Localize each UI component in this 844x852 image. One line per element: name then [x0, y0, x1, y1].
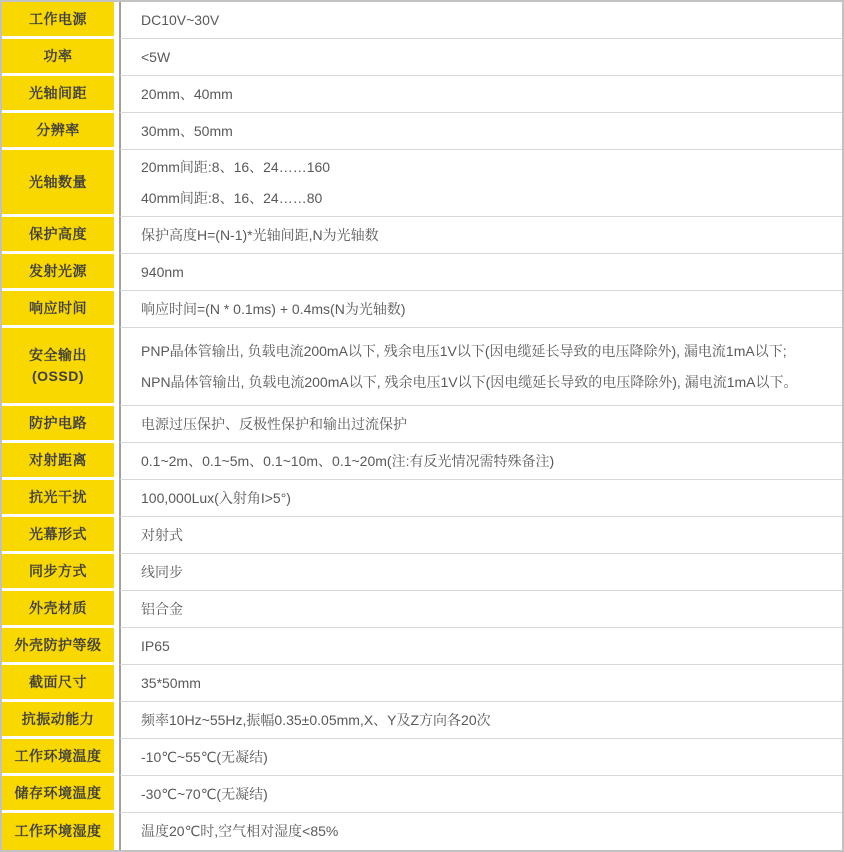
label-cell: 外壳防护等级 [2, 628, 114, 665]
table-row: 防护电路 电源过压保护、反极性保护和输出过流保护 [2, 406, 842, 443]
spec-value: 温度20℃时,空气相对湿度<85% [119, 813, 842, 850]
table-row: 安全输出(OSSD) PNP晶体管输出, 负载电流200mA以下, 残余电压1V… [2, 328, 842, 406]
spec-value: 20mm、40mm [119, 76, 842, 113]
spec-label-line: 安全输出 [29, 345, 87, 365]
table-row: 外壳防护等级 IP65 [2, 628, 842, 665]
spec-value-line: 对射式 [141, 525, 828, 546]
spec-label: 分辨率 [2, 113, 114, 147]
spec-label-line: 外壳材质 [29, 598, 87, 618]
spec-value: 铝合金 [119, 591, 842, 628]
label-cell: 储存环境温度 [2, 776, 114, 813]
table-row: 储存环境温度 -30℃~70℃(无凝结) [2, 776, 842, 813]
spec-value: 保护高度H=(N-1)*光轴间距,N为光轴数 [119, 217, 842, 254]
spec-label-line: 光幕形式 [29, 524, 87, 544]
label-cell: 发射光源 [2, 254, 114, 291]
spec-label-line: 保护高度 [29, 224, 87, 244]
table-row: 光幕形式 对射式 [2, 517, 842, 554]
spec-value-line: 940nm [141, 262, 828, 283]
label-cell: 工作环境湿度 [2, 813, 114, 850]
spec-label: 储存环境温度 [2, 776, 114, 810]
label-cell: 同步方式 [2, 554, 114, 591]
table-row: 截面尺寸 35*50mm [2, 665, 842, 702]
label-cell: 功率 [2, 39, 114, 76]
spec-value-line: 20mm、40mm [141, 84, 828, 105]
spec-value-line: -30℃~70℃(无凝结) [141, 784, 828, 805]
table-row: 响应时间 响应时间=(N * 0.1ms) + 0.4ms(N为光轴数) [2, 291, 842, 328]
spec-label-line: 对射距离 [29, 450, 87, 470]
spec-value-line: 35*50mm [141, 673, 828, 694]
spec-label-line: 响应时间 [29, 298, 87, 318]
spec-label: 工作环境温度 [2, 739, 114, 773]
spec-value: 35*50mm [119, 665, 842, 702]
spec-value-line: 40mm间距:8、16、24……80 [141, 183, 828, 214]
spec-value: DC10V~30V [119, 2, 842, 39]
table-row: 光轴间距 20mm、40mm [2, 76, 842, 113]
spec-value: 响应时间=(N * 0.1ms) + 0.4ms(N为光轴数) [119, 291, 842, 328]
spec-value-line: PNP晶体管输出, 负载电流200mA以下, 残余电压1V以下(因电缆延长导致的… [141, 336, 828, 367]
spec-label: 光轴间距 [2, 76, 114, 110]
spec-value-line: 线同步 [141, 562, 828, 583]
label-cell: 光幕形式 [2, 517, 114, 554]
label-cell: 抗振动能力 [2, 702, 114, 739]
spec-label: 防护电路 [2, 406, 114, 440]
spec-value: 0.1~2m、0.1~5m、0.1~10m、0.1~20m(注:有反光情况需特殊… [119, 443, 842, 480]
spec-value: IP65 [119, 628, 842, 665]
spec-label: 抗振动能力 [2, 702, 114, 736]
spec-value: 线同步 [119, 554, 842, 591]
spec-label-line: 工作环境湿度 [15, 821, 102, 841]
spec-label: 功率 [2, 39, 114, 73]
table-row: 工作电源 DC10V~30V [2, 2, 842, 39]
table-row: 光轴数量 20mm间距:8、16、24……16040mm间距:8、16、24……… [2, 150, 842, 217]
label-cell: 光轴数量 [2, 150, 114, 217]
table-row: 工作环境湿度 温度20℃时,空气相对湿度<85% [2, 813, 842, 850]
spec-label-line: 分辨率 [36, 120, 80, 140]
spec-value: -30℃~70℃(无凝结) [119, 776, 842, 813]
spec-value-line: 0.1~2m、0.1~5m、0.1~10m、0.1~20m(注:有反光情况需特殊… [141, 451, 828, 472]
table-row: 发射光源 940nm [2, 254, 842, 291]
table-row: 外壳材质 铝合金 [2, 591, 842, 628]
table-row: 保护高度 保护高度H=(N-1)*光轴间距,N为光轴数 [2, 217, 842, 254]
spec-value-line: <5W [141, 47, 828, 68]
spec-label-line: 光轴间距 [29, 83, 87, 103]
label-cell: 响应时间 [2, 291, 114, 328]
spec-label: 外壳防护等级 [2, 628, 114, 662]
label-cell: 工作电源 [2, 2, 114, 39]
spec-value-line: 电源过压保护、反极性保护和输出过流保护 [141, 414, 828, 435]
spec-value: 940nm [119, 254, 842, 291]
spec-label: 发射光源 [2, 254, 114, 288]
label-cell: 保护高度 [2, 217, 114, 254]
label-cell: 工作环境温度 [2, 739, 114, 776]
spec-label-line: 抗光干扰 [29, 487, 87, 507]
spec-value-line: 响应时间=(N * 0.1ms) + 0.4ms(N为光轴数) [141, 299, 828, 320]
spec-label-line: 工作电源 [29, 9, 87, 29]
spec-label: 工作环境湿度 [2, 813, 114, 850]
table-row: 对射距离 0.1~2m、0.1~5m、0.1~10m、0.1~20m(注:有反光… [2, 443, 842, 480]
spec-value: <5W [119, 39, 842, 76]
spec-label-line: 防护电路 [29, 413, 87, 433]
spec-label: 同步方式 [2, 554, 114, 588]
spec-label: 保护高度 [2, 217, 114, 251]
spec-label-line: 光轴数量 [29, 172, 87, 192]
spec-value-line: 30mm、50mm [141, 121, 828, 142]
spec-label: 抗光干扰 [2, 480, 114, 514]
spec-value-line: 保护高度H=(N-1)*光轴间距,N为光轴数 [141, 225, 828, 246]
table-row: 抗振动能力 频率10Hz~55Hz,振幅0.35±0.05mm,X、Y及Z方向各… [2, 702, 842, 739]
spec-value-line: 频率10Hz~55Hz,振幅0.35±0.05mm,X、Y及Z方向各20次 [141, 710, 828, 731]
table-row: 抗光干扰 100,000Lux(入射角I>5°) [2, 480, 842, 517]
spec-label: 安全输出(OSSD) [2, 328, 114, 403]
label-cell: 光轴间距 [2, 76, 114, 113]
spec-label-line: (OSSD) [32, 366, 84, 386]
spec-value: 电源过压保护、反极性保护和输出过流保护 [119, 406, 842, 443]
spec-value-line: DC10V~30V [141, 10, 828, 31]
spec-label-line: 发射光源 [29, 261, 87, 281]
spec-value: -10℃~55℃(无凝结) [119, 739, 842, 776]
spec-value: 100,000Lux(入射角I>5°) [119, 480, 842, 517]
label-cell: 对射距离 [2, 443, 114, 480]
spec-label: 对射距离 [2, 443, 114, 477]
spec-value: 对射式 [119, 517, 842, 554]
spec-value: 30mm、50mm [119, 113, 842, 150]
spec-label: 截面尺寸 [2, 665, 114, 699]
spec-value-line: 100,000Lux(入射角I>5°) [141, 488, 828, 509]
spec-label: 工作电源 [2, 2, 114, 36]
spec-value: 频率10Hz~55Hz,振幅0.35±0.05mm,X、Y及Z方向各20次 [119, 702, 842, 739]
spec-label-line: 同步方式 [29, 561, 87, 581]
spec-value: PNP晶体管输出, 负载电流200mA以下, 残余电压1V以下(因电缆延长导致的… [119, 328, 842, 406]
spec-label: 光幕形式 [2, 517, 114, 551]
spec-label-line: 功率 [44, 46, 73, 66]
label-cell: 截面尺寸 [2, 665, 114, 702]
spec-label: 响应时间 [2, 291, 114, 325]
label-cell: 防护电路 [2, 406, 114, 443]
spec-label-line: 储存环境温度 [15, 783, 102, 803]
spec-label-line: 截面尺寸 [29, 672, 87, 692]
spec-table: 工作电源 DC10V~30V 功率 <5W 光轴间距 20mm、40mm 分辨率… [0, 0, 844, 852]
spec-label-line: 外壳防护等级 [15, 635, 102, 655]
spec-value-line: 20mm间距:8、16、24……160 [141, 152, 828, 183]
spec-value-line: 温度20℃时,空气相对湿度<85% [141, 821, 828, 842]
label-cell: 外壳材质 [2, 591, 114, 628]
table-row: 同步方式 线同步 [2, 554, 842, 591]
table-row: 功率 <5W [2, 39, 842, 76]
label-cell: 抗光干扰 [2, 480, 114, 517]
spec-value-line: IP65 [141, 636, 828, 657]
spec-value-line: NPN晶体管输出, 负载电流200mA以下, 残余电压1V以下(因电缆延长导致的… [141, 367, 828, 398]
spec-label-line: 工作环境温度 [15, 746, 102, 766]
spec-label: 光轴数量 [2, 150, 114, 214]
spec-label-line: 抗振动能力 [22, 709, 95, 729]
spec-value-line: -10℃~55℃(无凝结) [141, 747, 828, 768]
spec-value-line: 铝合金 [141, 599, 828, 620]
label-cell: 分辨率 [2, 113, 114, 150]
table-row: 分辨率 30mm、50mm [2, 113, 842, 150]
label-cell: 安全输出(OSSD) [2, 328, 114, 406]
table-row: 工作环境温度 -10℃~55℃(无凝结) [2, 739, 842, 776]
spec-value: 20mm间距:8、16、24……16040mm间距:8、16、24……80 [119, 150, 842, 217]
spec-label: 外壳材质 [2, 591, 114, 625]
